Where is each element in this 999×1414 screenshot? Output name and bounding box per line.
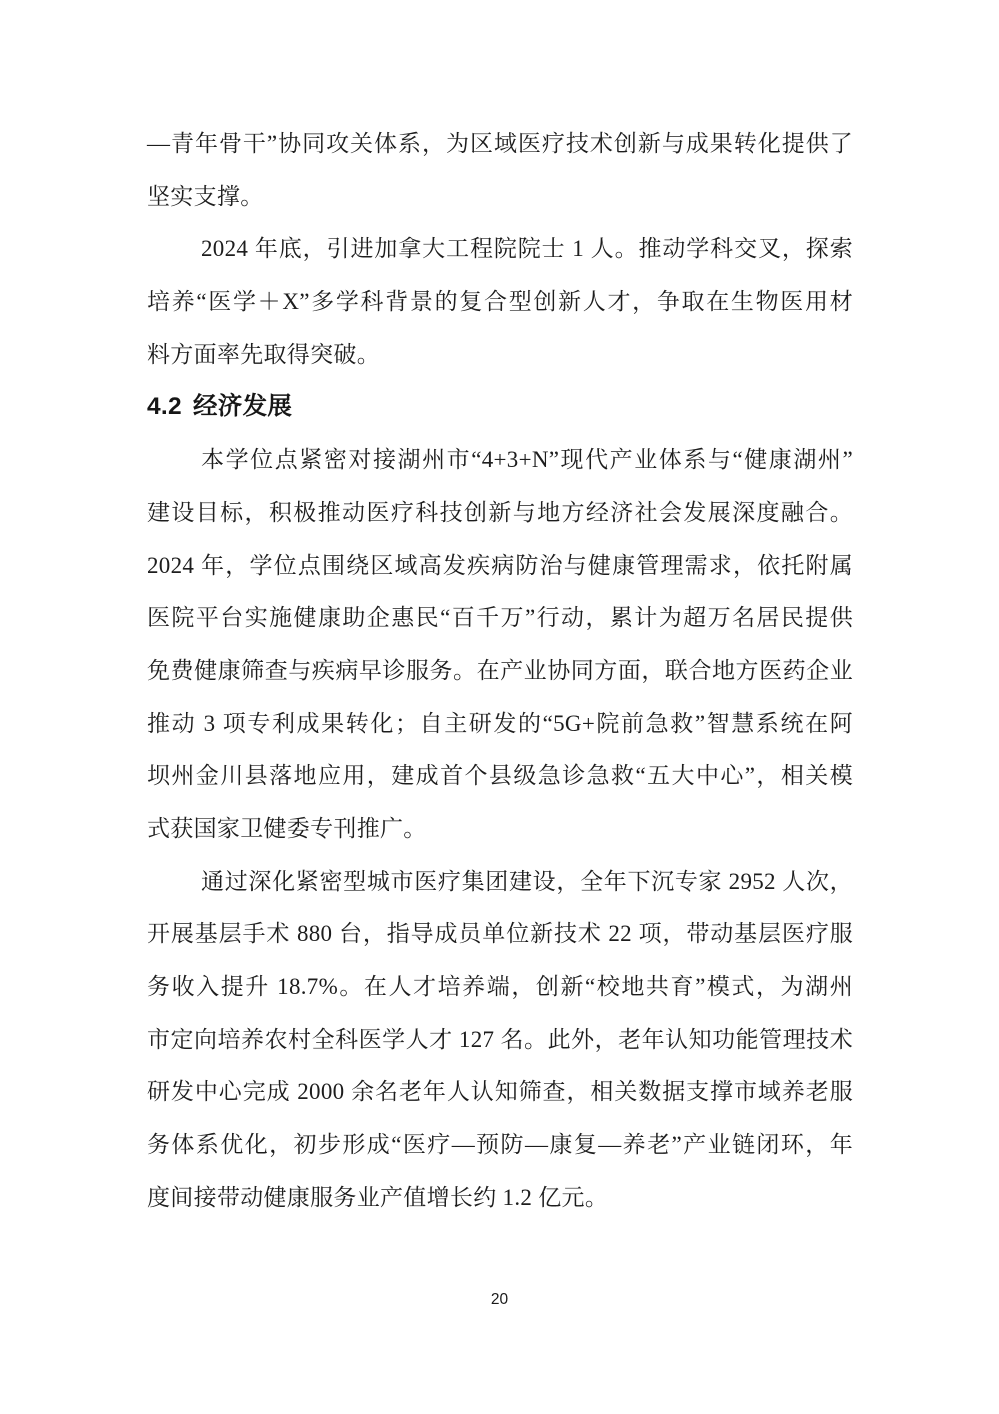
text-line: 开展基层手术 880 台，指导成员单位新技术 22 项，带动基层医疗服: [147, 908, 853, 961]
page-number: 20: [0, 1290, 999, 1310]
section-heading-number: 4.2: [147, 393, 182, 420]
text-line: 免费健康筛查与疾病早诊服务。在产业协同方面，联合地方医药企业: [147, 645, 853, 698]
text-line: 医院平台实施健康助企惠民“百千万”行动，累计为超万名居民提供: [147, 592, 853, 645]
section-heading-title: 经济发展: [193, 393, 292, 420]
text-line: 料方面率先取得突破。: [147, 329, 853, 382]
document-page: —青年骨干”协同攻关体系，为区域医疗技术创新与成果转化提供了 坚实支撑。 202…: [0, 0, 999, 1414]
text-line: 研发中心完成 2000 余名老年人认知筛查，相关数据支撑市域养老服: [147, 1066, 853, 1119]
text-line: 务收入提升 18.7%。在人才培养端，创新“校地共育”模式，为湖州: [147, 961, 853, 1014]
text-line: 坝州金川县落地应用，建成首个县级急诊急救“五大中心”，相关模: [147, 750, 853, 803]
page-body: —青年骨干”协同攻关体系，为区域医疗技术创新与成果转化提供了 坚实支撑。 202…: [147, 118, 853, 1224]
text-line: 坚实支撑。: [147, 171, 853, 224]
text-line: 通过深化紧密型城市医疗集团建设，全年下沉专家 2952 人次，: [147, 856, 853, 909]
text-line: 市定向培养农村全科医学人才 127 名。此外，老年认知功能管理技术: [147, 1014, 853, 1067]
text-line: 务体系优化，初步形成“医疗—预防—康复—养老”产业链闭环，年: [147, 1119, 853, 1172]
text-line: 2024 年底，引进加拿大工程院院士 1 人。推动学科交叉，探索: [147, 223, 853, 276]
text-line: 培养“医学＋X”多学科背景的复合型创新人才，争取在生物医用材: [147, 276, 853, 329]
text-line: 建设目标，积极推动医疗科技创新与地方经济社会发展深度融合。: [147, 487, 853, 540]
text-line: 本学位点紧密对接湖州市“4+3+N”现代产业体系与“健康湖州”: [147, 434, 853, 487]
text-line: 推动 3 项专利成果转化；自主研发的“5G+院前急救”智慧系统在阿: [147, 698, 853, 751]
text-line: 度间接带动健康服务业产值增长约 1.2 亿元。: [147, 1172, 853, 1225]
text-line: 2024 年，学位点围绕区域高发疾病防治与健康管理需求，依托附属: [147, 540, 853, 593]
text-line: —青年骨干”协同攻关体系，为区域医疗技术创新与成果转化提供了: [147, 118, 853, 171]
text-line: 式获国家卫健委专刊推广。: [147, 803, 853, 856]
section-heading: 4.2经济发展: [147, 381, 853, 434]
